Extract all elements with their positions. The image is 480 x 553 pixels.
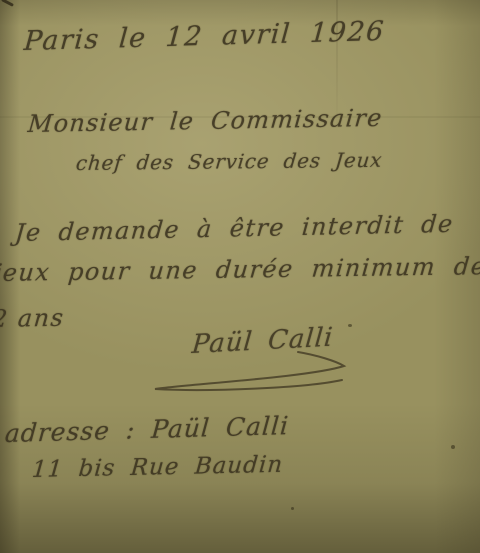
body-line-2: jeux pour une durée minimum de: [0, 252, 480, 287]
date-line: Paris le 12 avril 1926: [23, 16, 386, 57]
paper-speck: [291, 507, 294, 510]
letter-photo: Paris le 12 avril 1926 Monsieur le Commi…: [0, 0, 480, 553]
body-line-3: 2 ans: [0, 304, 66, 333]
paper-speck: [348, 324, 352, 327]
signature-flourish: [148, 346, 358, 398]
corner-ink-mark: [1, 0, 14, 7]
body-line-1: Je demande à être interdit de: [14, 210, 455, 247]
salutation-line-2: chef des Service des Jeux: [75, 148, 384, 175]
paper-speck: [451, 445, 455, 449]
address-line-1: adresse : Paül Calli: [4, 411, 290, 448]
salutation-line-1: Monsieur le Commissaire: [27, 104, 384, 138]
address-line-2: 11 bis Rue Baudin: [31, 452, 284, 483]
